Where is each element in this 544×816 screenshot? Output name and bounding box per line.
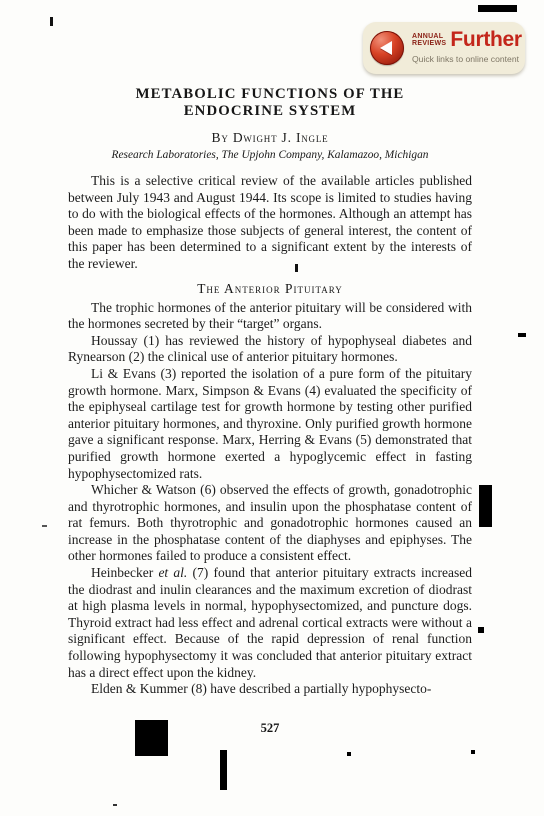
further-back-arrow-icon: [370, 31, 404, 65]
scan-artifact: [50, 17, 53, 26]
scan-artifact: [220, 750, 227, 790]
body-paragraph: Whicher & Watson (6) observed the effect…: [68, 482, 472, 565]
body-paragraph: This is a selective critical review of t…: [68, 173, 472, 273]
body-paragraph: Elden & Kummer (8) have described a part…: [68, 681, 472, 698]
scan-artifact: [347, 752, 351, 756]
body-paragraph: Li & Evans (3) reported the isolation of…: [68, 366, 472, 482]
scan-artifact: [518, 333, 526, 337]
article-column: METABOLIC FUNCTIONS OF THE ENDOCRINE SYS…: [68, 86, 472, 698]
paper-title: METABOLIC FUNCTIONS OF THE ENDOCRINE SYS…: [68, 86, 472, 120]
brand-line-2: REVIEWS: [412, 40, 446, 48]
scanned-paper-page: ANNUAL REVIEWS Further Quick links to on…: [0, 0, 544, 816]
body-paragraph: The trophic hormones of the anterior pit…: [68, 300, 472, 333]
further-label: Further: [450, 29, 521, 51]
page-number: 527: [68, 721, 472, 736]
scan-artifact: [113, 804, 117, 806]
author-affiliation: Research Laboratories, The Upjohn Compan…: [68, 149, 472, 161]
scan-artifact: [471, 750, 475, 754]
scan-artifact: [478, 5, 517, 12]
scan-artifact: [479, 485, 492, 527]
scan-artifact: [478, 627, 484, 633]
annual-reviews-logo-text: ANNUAL REVIEWS: [412, 33, 446, 48]
section-heading: The Anterior Pituitary: [68, 281, 472, 297]
left-triangle-icon: [380, 41, 392, 55]
scan-artifact: [42, 525, 47, 527]
author-byline: By Dwight J. Ingle: [68, 130, 472, 146]
annual-reviews-further-badge[interactable]: ANNUAL REVIEWS Further Quick links to on…: [363, 22, 525, 74]
paper-title-line-2: ENDOCRINE SYSTEM: [68, 103, 472, 120]
paper-title-line-1: METABOLIC FUNCTIONS OF THE: [68, 86, 472, 103]
badge-subtitle: Quick links to online content: [412, 54, 522, 64]
badge-text-block: ANNUAL REVIEWS Further Quick links to on…: [412, 29, 522, 64]
body-paragraph: Heinbecker et al. (7) found that anterio…: [68, 565, 472, 681]
brand-line-1: ANNUAL: [412, 33, 446, 41]
article-body: This is a selective critical review of t…: [68, 173, 472, 698]
body-paragraph: Houssay (1) has reviewed the history of …: [68, 333, 472, 366]
